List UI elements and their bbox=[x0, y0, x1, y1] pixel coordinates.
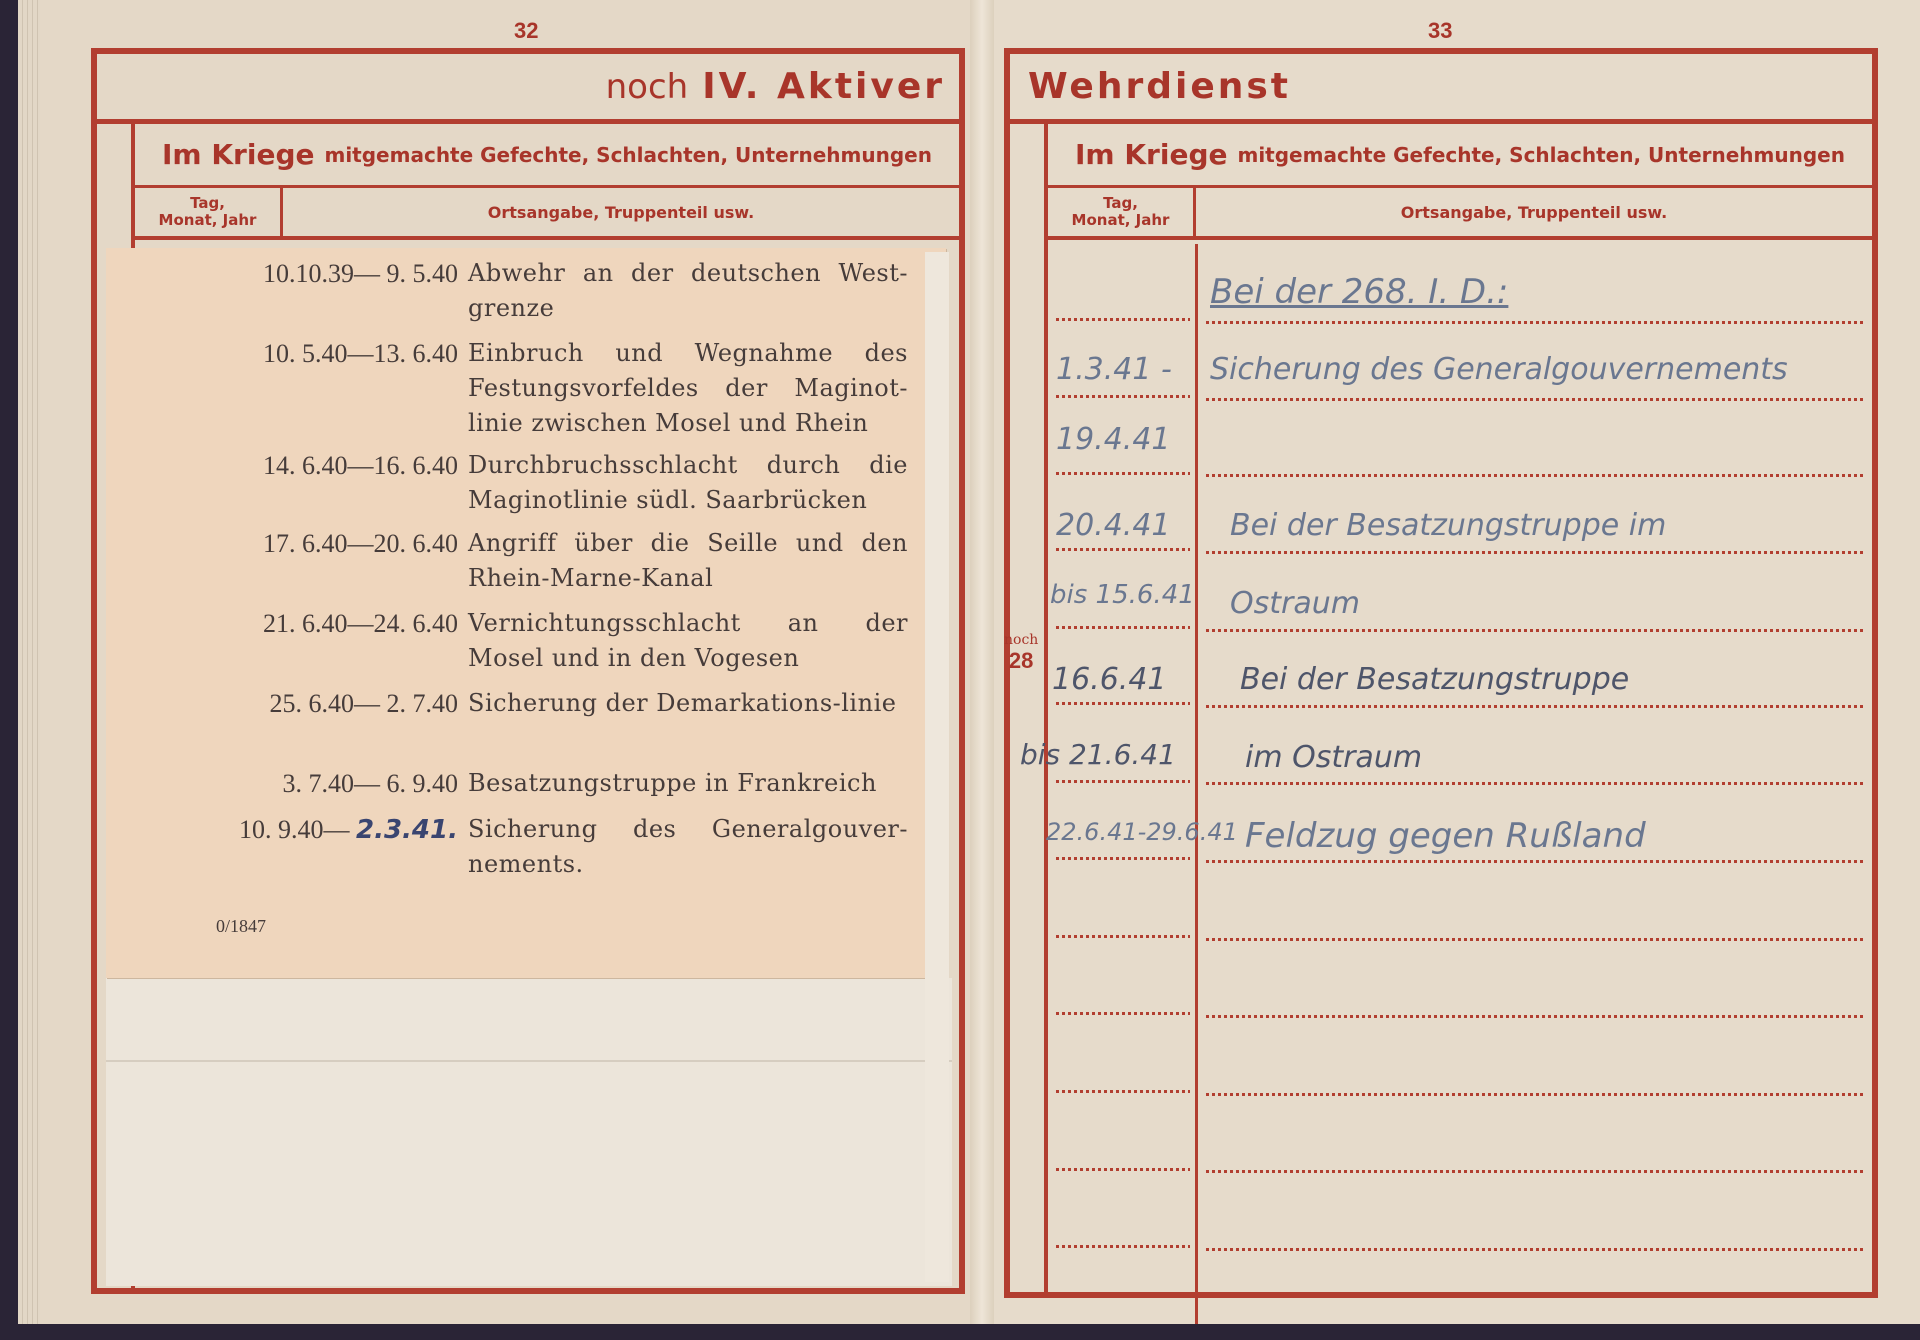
slip-entry: 3. 7.40— 6. 9.40 Besatzungstruppe in Fra… bbox=[106, 766, 926, 801]
left-title-bar: noch IV. Aktiver bbox=[97, 54, 959, 124]
ruled-line bbox=[1056, 857, 1190, 860]
title-prefix: noch bbox=[606, 67, 689, 107]
ruled-line bbox=[1206, 860, 1866, 863]
ruled-line bbox=[1056, 318, 1190, 321]
handwritten-entry: im Ostraum bbox=[1245, 740, 1422, 775]
left-page-title: IV. Aktiver bbox=[702, 66, 945, 107]
right-column-headers: Tag, Monat, Jahr Ortsangabe, Truppenteil… bbox=[1048, 188, 1872, 240]
slip-edge bbox=[925, 252, 949, 1282]
column-header-date: Tag, Monat, Jahr bbox=[1048, 188, 1196, 236]
handwritten-date: 22.6.41-29.6.41 bbox=[1046, 818, 1238, 846]
ruled-line bbox=[1206, 938, 1866, 941]
slip-entry: 17. 6.40—20. 6.40 Angriff über die Seill… bbox=[106, 526, 926, 596]
ruled-line bbox=[1056, 548, 1190, 551]
handwritten-entry: Feldzug gegen Rußland bbox=[1245, 816, 1646, 856]
slip-entry: 10.10.39— 9. 5.40 Abwehr an der deutsche… bbox=[106, 256, 926, 326]
ruled-line bbox=[1206, 1015, 1866, 1018]
slip-entry: 10. 5.40—13. 6.40 Einbruch und Wegnahme … bbox=[106, 336, 926, 441]
ruled-line bbox=[1206, 705, 1866, 708]
book-spine bbox=[970, 0, 994, 1325]
handwritten-end-date: 2.3.41. bbox=[356, 815, 458, 845]
slip-entry: 14. 6.40—16. 6.40 Durchbruchsschlacht du… bbox=[106, 448, 926, 518]
ruled-line bbox=[1206, 782, 1866, 785]
insert-fold-line bbox=[106, 1060, 952, 1062]
handwritten-entry: Bei der Besatzungstruppe im bbox=[1230, 508, 1666, 543]
right-margin-column bbox=[1010, 124, 1048, 1292]
pasted-printed-slip: 10.10.39— 9. 5.40 Abwehr an der deutsche… bbox=[106, 248, 946, 978]
ruled-line bbox=[1056, 1012, 1190, 1015]
background-edge bbox=[0, 1324, 1920, 1340]
section-heading-big: Im Kriege bbox=[162, 138, 314, 171]
ruled-line bbox=[1056, 935, 1190, 938]
page-number-left: 32 bbox=[514, 18, 538, 44]
slip-entry: 21. 6.40—24. 6.40 Vernichtungsschlacht a… bbox=[106, 606, 926, 676]
ruled-line bbox=[1056, 702, 1190, 705]
blank-insert-sheet bbox=[106, 978, 952, 1286]
margin-note-noch-28: noch 28 bbox=[1004, 632, 1038, 674]
ruled-line bbox=[1056, 626, 1190, 629]
handwritten-date: bis 21.6.41 bbox=[1020, 738, 1176, 771]
slip-entry: 10. 9.40— 2.3.41. Sicherung des Generalg… bbox=[106, 812, 926, 882]
ruled-line bbox=[1206, 629, 1866, 632]
ruled-line bbox=[1206, 474, 1866, 477]
ruled-line bbox=[1056, 1090, 1190, 1093]
handwritten-entry: Sicherung des Generalgouvernements bbox=[1210, 352, 1788, 387]
right-page-title: Wehrdienst bbox=[1028, 66, 1291, 107]
handwritten-date: bis 15.6.41 bbox=[1050, 580, 1195, 610]
print-code: 0/1847 bbox=[216, 916, 266, 937]
handwritten-heading: Bei der 268. I. D.: bbox=[1210, 272, 1508, 312]
handwritten-date: 1.3.41 - bbox=[1056, 352, 1172, 387]
ruled-line bbox=[1206, 1248, 1866, 1251]
ruled-line bbox=[1206, 398, 1866, 401]
date-column-divider bbox=[1195, 244, 1198, 1340]
handwritten-date: 19.4.41 bbox=[1056, 422, 1171, 457]
ruled-line bbox=[1056, 780, 1190, 783]
ruled-line bbox=[1056, 472, 1190, 475]
column-header-date: Tag, Monat, Jahr bbox=[135, 188, 283, 236]
right-section-heading: Im Kriege mitgemachte Gefechte, Schlacht… bbox=[1048, 124, 1872, 188]
column-header-place: Ortsangabe, Truppenteil usw. bbox=[1196, 188, 1872, 236]
left-column-headers: Tag, Monat, Jahr Ortsangabe, Truppenteil… bbox=[135, 188, 959, 240]
ruled-line bbox=[1206, 1170, 1866, 1173]
right-title-bar: Wehrdienst bbox=[1010, 54, 1872, 124]
handwritten-date: 20.4.41 bbox=[1056, 508, 1171, 543]
handwritten-date: 16.6.41 bbox=[1052, 662, 1167, 697]
column-header-place: Ortsangabe, Truppenteil usw. bbox=[283, 188, 959, 236]
ruled-line bbox=[1206, 321, 1866, 324]
handwritten-entry: Ostraum bbox=[1230, 586, 1360, 621]
section-heading-small: mitgemachte Gefechte, Schlachten, Untern… bbox=[324, 143, 932, 167]
page-number-right: 33 bbox=[1428, 18, 1452, 44]
ruled-line bbox=[1056, 1245, 1190, 1248]
ruled-line bbox=[1056, 1168, 1190, 1171]
ruled-line bbox=[1206, 551, 1866, 554]
left-section-heading: Im Kriege mitgemachte Gefechte, Schlacht… bbox=[135, 124, 959, 188]
slip-entry: 25. 6.40— 2. 7.40 Sicherung der Demarkat… bbox=[106, 686, 926, 721]
ruled-line bbox=[1056, 395, 1190, 398]
ruled-line bbox=[1206, 1093, 1866, 1096]
handwritten-entry: Bei der Besatzungstruppe bbox=[1240, 662, 1629, 697]
